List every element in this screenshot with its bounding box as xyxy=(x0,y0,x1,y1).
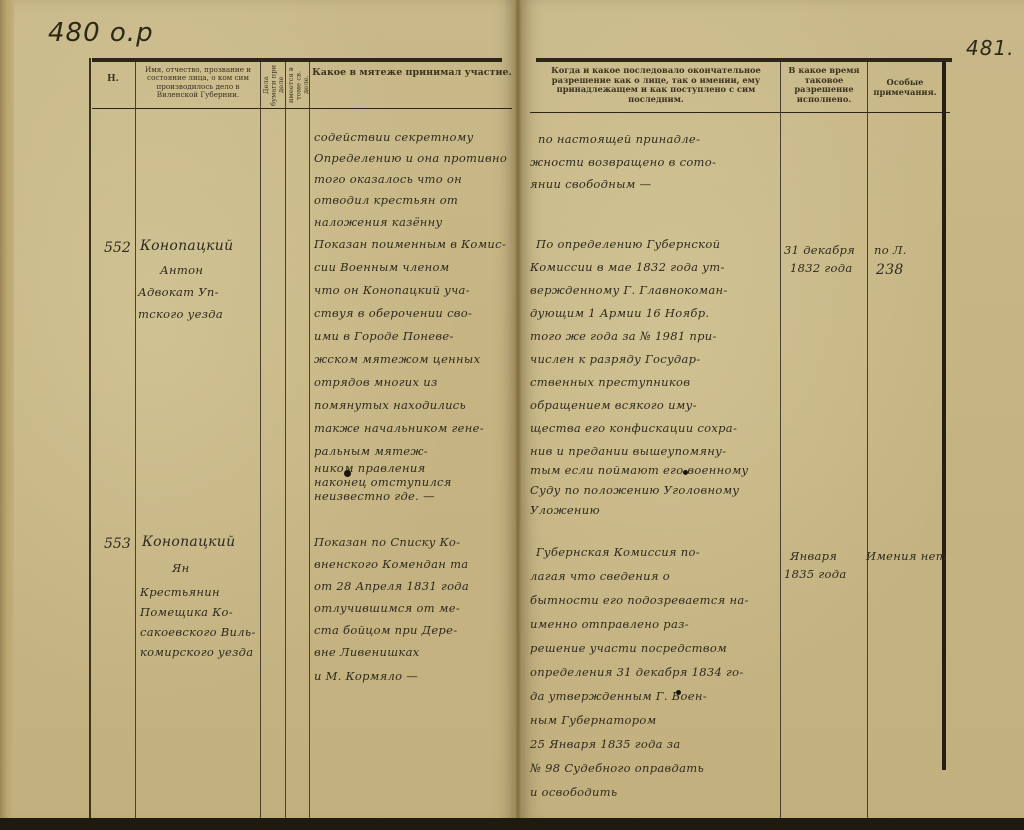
resolution-line: ным Губернатором xyxy=(530,708,656,733)
handwritten-line: янии свободным — xyxy=(530,172,651,197)
resolution-line: лагая что сведения о xyxy=(530,564,670,589)
entry-name-line: Конопацкий xyxy=(140,234,233,259)
header-name: Имя, отчество, прозвание и состояние лиц… xyxy=(137,66,259,99)
resolution-line: По определению Губернской xyxy=(536,232,720,257)
resolution-line: ственных преступников xyxy=(530,370,690,395)
book-bottom-edge xyxy=(0,818,1024,830)
folio-number-left: 480 о.р xyxy=(48,18,154,48)
entry-name-line: Конопацкий xyxy=(142,530,235,555)
participation-line: сии Военным членом xyxy=(314,255,450,280)
column-rule xyxy=(135,62,136,818)
ledger-book-spread: 480 о.р 481. Н. Имя, отчество, прозвание… xyxy=(0,0,1024,822)
column-rule xyxy=(285,62,286,818)
column-rule xyxy=(309,62,310,818)
notes-line: 238 xyxy=(876,258,904,283)
header-vertical-2: имеется в томе св. деле. xyxy=(288,64,308,106)
participation-line: помянутых находились xyxy=(314,393,466,418)
resolution-line: щества его конфискации сохра- xyxy=(530,416,737,441)
header-top-rule-left xyxy=(92,58,502,62)
participation-line: ими в Городе Поневе- xyxy=(314,324,454,349)
participation-line: Показан поименным в Комис- xyxy=(314,232,506,257)
resolution-line: именно отправлено раз- xyxy=(530,612,689,637)
resolution-line: того же года за № 1981 при- xyxy=(530,324,717,349)
resolution-line: числен к разряду Государ- xyxy=(530,347,701,372)
resolution-line: Губернская Комиссия по- xyxy=(536,540,700,565)
resolution-line: вержденному Г. Главнокоман- xyxy=(530,278,728,303)
column-rule xyxy=(89,58,91,818)
entry-name-line: комирского уезда xyxy=(140,640,253,665)
resolution-line: № 98 Судебного оправдать xyxy=(530,756,704,781)
header-notes: Особые примечания. xyxy=(869,78,941,97)
resolution-line: дующим 1 Армии 16 Ноябр. xyxy=(530,301,709,326)
resolution-line: бытности его подозревается на- xyxy=(530,588,749,613)
resolution-line: определения 31 декабря 1834 го- xyxy=(530,660,744,685)
header-vertical-1: Дела бумаги при деле xyxy=(263,64,283,106)
resolution-line: и освободить xyxy=(530,780,617,805)
column-rule xyxy=(780,62,781,818)
header-top-rule-right xyxy=(536,58,952,62)
ink-blot xyxy=(344,470,351,477)
executed-date-line: 1835 года xyxy=(784,562,847,587)
header-executed: В какое время таковое разрешение исполне… xyxy=(783,66,865,104)
column-rule xyxy=(260,62,261,818)
participation-line: ствуя в оберочении сво- xyxy=(314,301,472,326)
column-rule xyxy=(867,62,868,818)
participation-line: неизвестно где. — xyxy=(314,484,435,509)
book-spine xyxy=(514,0,522,822)
header-resolution: Когда и какое последовало окончательное … xyxy=(534,66,778,104)
participation-line: жском мятежом ценных xyxy=(314,347,480,372)
resolution-line: Уложению xyxy=(530,498,600,523)
entry-number: 553 xyxy=(104,536,131,552)
resolution-line: да утвержденным Г. Воен- xyxy=(530,684,707,709)
header-bottom-rule-left xyxy=(92,108,512,109)
header-participation: Какое в мятеже принимал участие. xyxy=(312,68,512,79)
entry-name-line: тского уезда xyxy=(138,302,223,327)
participation-line: вне Ливенишках xyxy=(314,640,420,665)
entry-number: 552 xyxy=(104,240,131,256)
executed-date-line: 1832 года xyxy=(790,256,853,281)
resolution-line: решение участи посредством xyxy=(530,636,727,661)
handwritten-line: по настоящей принадле- xyxy=(538,127,700,152)
notes-line: Имения нет xyxy=(866,544,947,569)
participation-line: также начальником гене- xyxy=(314,416,484,441)
participation-line: отрядов многих из xyxy=(314,370,438,395)
resolution-line: 25 Января 1835 года за xyxy=(530,732,681,757)
participation-line: что он Конопацкий уча- xyxy=(314,278,470,303)
ink-blot xyxy=(683,470,688,475)
entry-name-line: Ян xyxy=(172,556,189,581)
header-number: Н. xyxy=(98,74,128,84)
resolution-line: Комиссии в мае 1832 года ут- xyxy=(530,255,725,280)
resolution-line: обращением всякого иму- xyxy=(530,393,697,418)
participation-line: и М. Кормяло — xyxy=(314,664,418,689)
header-bottom-rule-right xyxy=(530,112,950,113)
table-right-border xyxy=(942,62,946,770)
ink-blot xyxy=(676,690,681,695)
folio-number-right: 481. xyxy=(966,36,1015,60)
